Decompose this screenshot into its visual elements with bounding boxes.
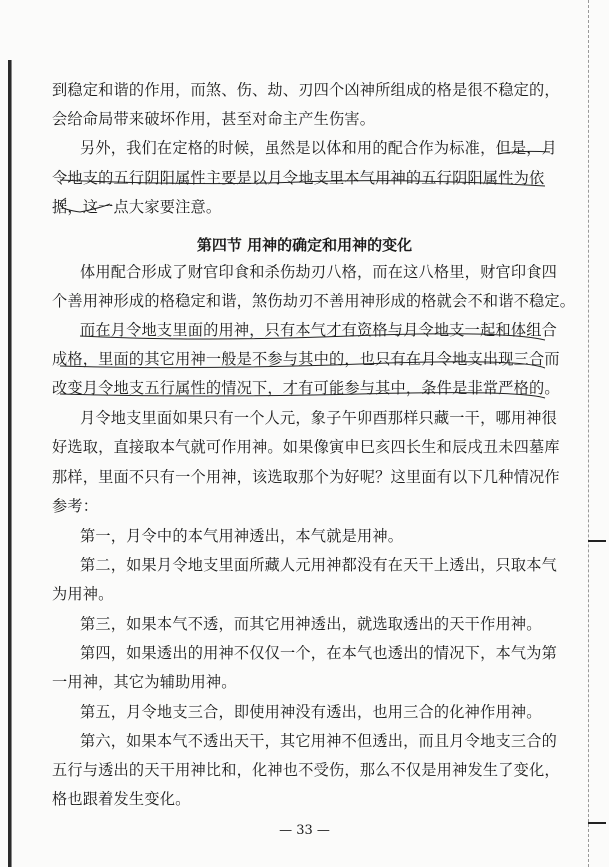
page-edge-right [588, 0, 590, 867]
scanned-page: 到稳定和谐的作用，而煞、伤、劫、刃四个凶神所组成的格是很不稳定的， 会给命局带来… [0, 0, 609, 867]
text-line: 改变月令地支五行属性的情况下，才有可能参与其中，条件是非常严格的。 [52, 378, 560, 398]
margin-mark [588, 540, 606, 542]
text-line: 一用神，其它为辅助用神。 [52, 672, 237, 692]
text-line: 会给命局带来破坏作用，甚至对命主产生伤害。 [52, 109, 375, 129]
text-line: 参考： [52, 496, 98, 516]
text-line: 体用配合形成了财官印食和杀伤劫刃八格，而在这八格里，财官印食四 [80, 262, 557, 282]
binding-edge-shadow [11, 60, 12, 867]
text-line: 为用神。 [52, 584, 114, 604]
text-line: 格也跟着发生变化。 [52, 789, 191, 809]
text-line: 五行与透出的天干用神比和，化神也不受伤，那么不仅是用神发生了变化， [52, 760, 560, 780]
text-line: 到稳定和谐的作用，而煞、伤、劫、刃四个凶神所组成的格是很不稳定的， [52, 80, 560, 100]
text-line: 月令地支里面如果只有一个人元，象子午卯酉那样只藏一干，哪用神很 [80, 408, 557, 428]
text-line: 个善用神形成的格稳定和谐，煞伤劫刃不善用神形成的格就会不和谐不稳定。 [52, 291, 575, 311]
text-line: 令地支的五行阴阳属性主要是以月令地支里本气用神的五行阴阳属性为依 [52, 168, 544, 188]
text-line: 好选取，直接取本气就可作用神。如果像寅申巳亥四长生和辰戌丑未四墓库 [52, 437, 560, 457]
section-heading: 第四节 用神的确定和用神的变化 [0, 234, 609, 255]
text-line: 成格，里面的其它用神一般是不参与其中的，也只有在月令地支出现三合而 [52, 349, 560, 369]
page-number: — 33 — [0, 823, 609, 838]
text-line: 第三，如果本气不透，而其它用神透出，就选取透出的天干作用神。 [80, 614, 542, 634]
text-line: 第五，月令地支三合，即使用神没有透出，也用三合的化神作用神。 [80, 702, 542, 722]
text-line: 第二，如果月令地支里面所藏人元用神都没有在天干上透出，只取本气 [80, 555, 557, 575]
text-line: 另外，我们在定格的时候，虽然是以体和用的配合作为标准，但是，月 [80, 138, 557, 158]
text-line: 第四，如果透出的用神不仅仅一个，在本气也透出的情况下，本气为第 [80, 643, 557, 663]
text-line: 那样，里面不只有一个用神，该选取那个为好呢？这里面有以下几种情况作 [52, 467, 560, 487]
text-line: 第六，如果本气不透出天干，其它用神不但透出，而且月令地支三合的 [80, 731, 557, 751]
text-line: 据，这一点大家要注意。 [52, 197, 221, 217]
text-line: 而在月令地支里面的用神，只有本气才有资格与月令地支一起和体组合 [80, 320, 557, 340]
text-line: 第一，月令中的本气用神透出，本气就是用神。 [80, 526, 403, 546]
